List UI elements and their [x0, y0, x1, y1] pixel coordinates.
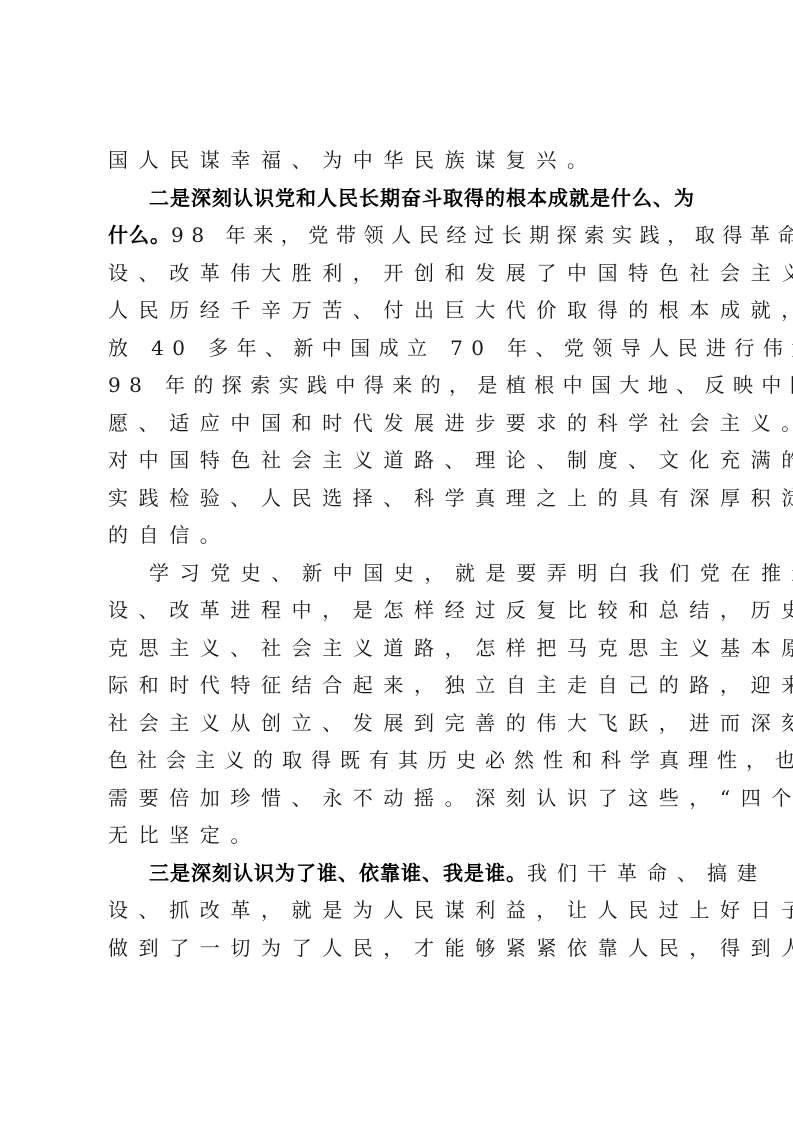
- text-line: 需要倍加珍惜、永不动摇。深刻认识了这些，“四个自信”就会: [108, 784, 692, 822]
- text-line: 学习党史、新中国史，就是要弄明白我们党在推进革命、建: [108, 559, 692, 597]
- text-line: 98 年的探索实践中得来的，是植根中国大地、反映中国人民意: [108, 371, 692, 409]
- text-line: 放 40 多年、新中国成立 70 年、党领导人民进行伟大社会革命: [108, 334, 692, 372]
- bold-heading-text: 三是深刻认识为了谁、依靠谁、我是谁。: [149, 861, 527, 885]
- text-line: 愿、适应中国和时代发展进步要求的科学社会主义。因此，我们: [108, 409, 692, 447]
- text-line: 色社会主义的取得既有其历史必然性和科学真理性，也历经艰辛，: [108, 746, 692, 784]
- bold-heading-text: 什么。: [108, 223, 171, 247]
- text-line: 对中国特色社会主义道路、理论、制度、文化充满的自信是基于: [108, 446, 692, 484]
- bold-heading-text: 二是深刻认识党和人民长期奋斗取得的根本成就是什么、为: [149, 186, 695, 210]
- document-page: 国人民谋幸福、为中华民族谋复兴。 二是深刻认识党和人民长期奋斗取得的根本成就是什…: [108, 146, 692, 971]
- text-line: 做到了一切为了人民，才能够紧紧依靠人民，得到人民的支持和: [108, 934, 692, 972]
- section-heading-line: 二是深刻认识党和人民长期奋斗取得的根本成就是什么、为: [108, 184, 692, 222]
- text-line: 三是深刻认识为了谁、依靠谁、我是谁。我们干革命、搞建: [108, 859, 692, 897]
- text-line: 实践检验、人民选择、科学真理之上的具有深厚积淀和坚实根基: [108, 484, 692, 522]
- body-text: 我们干革命、搞建: [527, 861, 767, 885]
- text-line: 的自信。: [108, 521, 692, 559]
- text-line: 克思主义、社会主义道路，怎样把马克思主义基本原理与中国实: [108, 634, 692, 672]
- text-line: 社会主义从创立、发展到完善的伟大飞跃，进而深刻理解中国特: [108, 709, 692, 747]
- text-line: 无比坚定。: [108, 821, 692, 859]
- text-line: 际和时代特征结合起来，独立自主走自己的路，迎来了中国特色: [108, 671, 692, 709]
- text-line: 人民历经千辛万苦、付出巨大代价取得的根本成就，是在改革开: [108, 296, 692, 334]
- text-line: 设、改革进程中，是怎样经过反复比较和总结，历史地选择了马: [108, 596, 692, 634]
- text-line: 设、改革伟大胜利，开创和发展了中国特色社会主义。这是党和: [108, 259, 692, 297]
- text-line: 国人民谋幸福、为中华民族谋复兴。: [108, 146, 692, 184]
- text-line: 什么。98 年来，党带领人民经过长期探索实践，取得革命、建: [108, 221, 692, 259]
- text-line: 设、抓改革，就是为人民谋利益，让人民过上好日子。正是因为: [108, 896, 692, 934]
- body-text: 98 年来，党带领人民经过长期探索实践，取得革命、建: [171, 223, 793, 247]
